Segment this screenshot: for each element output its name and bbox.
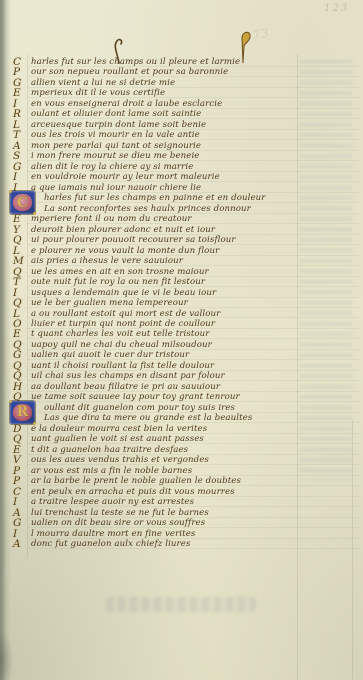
- verse-text: ous les aues vendus trahis et vergondes: [31, 455, 209, 465]
- verse-text: our son nepueu roullant et pour sa baron…: [31, 67, 228, 77]
- verse-line: Iusques a lendemain que ie vi le beau io…: [31, 288, 331, 298]
- verse-text: arceuesque turpin dont lame soit benie: [31, 120, 206, 130]
- verse-text: l mourra daultre mort en fine verites: [31, 529, 195, 539]
- verse-line: Galien dit le roy la chiere ay si marrie: [31, 162, 331, 172]
- verse-line: Par la barbe le prent le noble gualien l…: [31, 476, 331, 486]
- verse-text: lui trenchast la teste se ne fut le barn…: [31, 508, 209, 518]
- verse-text: ue les ames en ait en son trosne maiour: [31, 267, 209, 277]
- verse-line: Mais pries a ihesus le vere sauuiour: [31, 256, 331, 266]
- verse-line: Vous les aues vendus trahis et vergondes: [31, 455, 331, 465]
- verse-text: Las que dira ta mere ou grande est la be…: [31, 413, 252, 423]
- verse-text: mon pere parlai qui tant ot seignourie: [31, 141, 201, 151]
- manuscript-page: 123 373 Charles fut sur les champs ou il…: [0, 0, 363, 680]
- gold-speck: [9, 400, 12, 403]
- verso-show-through-bottom: [106, 597, 256, 612]
- verse-text: uapoy quil ne chai du cheual milsoudour: [31, 340, 212, 350]
- verse-line: Que le ber gualien mena lempereour: [31, 298, 331, 308]
- verse-text: alien dit le roy la chiere ay si marrie: [31, 162, 193, 172]
- verse-line: Emperieux dit il ie vous certifie: [31, 88, 331, 98]
- verse-line: Las que dira ta mere ou grande est la be…: [31, 413, 331, 423]
- verse-text: ar vous est mis a fin le noble barnes: [31, 466, 192, 476]
- verse-text: ualien on dit beau sire or vous souffres: [31, 518, 205, 528]
- verse-text: usques a lendemain que ie vi le beau iou…: [31, 288, 216, 298]
- verse-text: ous les trois vi mourir en la vale antie: [31, 130, 200, 140]
- verse-line: Ia que iamais nul iour nauoir chiere lie: [31, 183, 331, 193]
- verse-line: Haa doullant beau fillatre ie pri au sau…: [31, 382, 331, 392]
- verse-text: ais pries a ihesus le vere sauuiour: [31, 256, 183, 266]
- verse-text: oute nuit fut le roy la ou nen fit lesto…: [31, 277, 205, 287]
- verse-text: e plourer ne vous vault la monte dun flo…: [31, 246, 219, 256]
- verse-text: oullant dit guanelon com pour toy suis i…: [31, 403, 235, 413]
- verse-text: a traitre lespee auoir ny est arrestes: [31, 497, 194, 507]
- verse-line: Et dit a guanelon haa traitre desfaes: [31, 445, 331, 455]
- verse-line: Tous les trois vi mourir en la vale anti…: [31, 130, 331, 140]
- verse-line: Ien vous enseignerai droit a laube escla…: [31, 99, 331, 109]
- verse-text: t dit a guanelon haa traitre desfaes: [31, 445, 188, 455]
- verse-line: Il mourra daultre mort en fine verites: [31, 529, 331, 539]
- margin-capital: Q: [13, 298, 28, 308]
- verse-line: Qui pour plourer pouuoit recouurer sa to…: [31, 235, 331, 245]
- verse-line: La ou roullant estoit qui mort est de va…: [31, 309, 331, 319]
- verse-line: Ien vouldroie mourir ay leur mort maleur…: [31, 172, 331, 182]
- verse-line: La sont reconfortes ses haulx princes do…: [31, 204, 331, 214]
- verse-text: donc fut guanelon aulx chiefz liures: [31, 539, 190, 549]
- verse-line: Oliuier et turpin qui nont point de coul…: [31, 319, 331, 329]
- initial-letter: R: [10, 401, 35, 424]
- verse-line: Quil chai sus les champs en disant par f…: [31, 371, 331, 381]
- gold-speck: [33, 422, 36, 425]
- initial-letter: C: [10, 191, 35, 214]
- verse-line: Toute nuit fut le roy la ou nen fit lest…: [31, 277, 331, 287]
- illuminated-initial-c: C: [10, 191, 35, 214]
- verse-line: Et quant charles les voit eut telle tris…: [31, 329, 331, 339]
- verse-text: ue le ber gualien mena lempereour: [31, 298, 188, 308]
- verse-text: i mon frere mourut se dieu me beneie: [31, 151, 200, 161]
- verse-text: a que iamais nul iour nauoir chiere lie: [31, 183, 201, 193]
- verse-text: harles fut sur les champs ou il pleure e…: [31, 57, 240, 67]
- verse-line: Cent peulx en arracha et puis dit vous m…: [31, 487, 331, 497]
- verse-text: oulant et oliuier dont lame soit saintie: [31, 109, 201, 119]
- verse-line: oullant dit guanelon com pour toy suis i…: [31, 403, 331, 413]
- verse-text: liuier et turpin qui nont point de coull…: [31, 319, 215, 329]
- verse-text: deuroit bien plourer adonc et nuit et io…: [31, 225, 215, 235]
- verse-text: uil chai sus les champs en disant par fo…: [31, 371, 225, 381]
- verse-line: Que tame soit sauuee iay pour toy grant …: [31, 392, 331, 402]
- verse-line: Quapoy quil ne chai du cheual milsoudour: [31, 340, 331, 350]
- binding-gutter-shadow: [0, 0, 11, 680]
- verse-line: Que les ames en ait en son trosne maiour: [31, 267, 331, 277]
- verse-line: Larceuesque turpin dont lame soit benie: [31, 120, 331, 130]
- verse-line: Roulant et oliuier dont lame soit sainti…: [31, 109, 331, 119]
- illuminated-initial-r: R: [10, 401, 35, 424]
- verse-line: Gallien vient a lui ne si detrie mie: [31, 78, 331, 88]
- verse-text: ent peulx en arracha et puis dit vous mo…: [31, 487, 235, 497]
- verse-text: e la douleur mourra cest bien la verites: [31, 424, 207, 434]
- verse-line: De la douleur mourra cest bien la verite…: [31, 424, 331, 434]
- margin-capital: T: [13, 277, 28, 287]
- verse-line: Si mon frere mourut se dieu me beneie: [31, 151, 331, 161]
- verse-text: uant il choisi roullant la fist telle do…: [31, 361, 214, 371]
- verse-line: Quant il choisi roullant la fist telle d…: [31, 361, 331, 371]
- verse-text: mperieux dit il ie vous certifie: [31, 88, 165, 98]
- verse-text: ue tame soit sauuee iay pour toy grant t…: [31, 392, 240, 402]
- verse-line: Ydeuroit bien plourer adonc et nuit et i…: [31, 225, 331, 235]
- verse-line: Le plourer ne vous vault la monte dun fl…: [31, 246, 331, 256]
- margin-capital: A: [13, 539, 28, 549]
- verse-text: ar la barbe le prent le noble gualien le…: [31, 476, 241, 486]
- verse-line: Amon pere parlai qui tant ot seignourie: [31, 141, 331, 151]
- gutter-smudge: [0, 630, 14, 680]
- verse-line: Gualien on dit beau sire or vous souffre…: [31, 518, 331, 528]
- verse-text: mperiere font il ou nom du creatour: [31, 214, 192, 224]
- verse-line: Emperiere font il ou nom du creatour: [31, 214, 331, 224]
- verse-line: Quant gualien le voit si est auant passe…: [31, 434, 331, 444]
- verse-line: Pour son nepueu roullant et pour sa baro…: [31, 67, 331, 77]
- verse-text: La sont reconfortes ses haulx princes do…: [31, 204, 251, 214]
- verse-line: Alui trenchast la teste se ne fut le bar…: [31, 508, 331, 518]
- verse-text: en vous enseignerai droit a laube esclar…: [31, 99, 222, 109]
- verse-text: en vouldroie mourir ay leur mort maleuri…: [31, 172, 220, 182]
- verse-line: Adonc fut guanelon aulx chiefz liures: [31, 539, 331, 549]
- verse-line: Gualien qui auoit le cuer dur tristour: [31, 350, 331, 360]
- verse-text: a ou roullant estoit qui mort est de val…: [31, 309, 220, 319]
- verse-text: allien vient a lui ne si detrie mie: [31, 78, 175, 88]
- verse-text: aa doullant beau fillatre ie pri au sauu…: [31, 382, 220, 392]
- verse-text: ualien qui auoit le cuer dur tristour: [31, 350, 189, 360]
- verse-line: Ia traitre lespee auoir ny est arrestes: [31, 497, 331, 507]
- ruling-line-edge: [352, 420, 353, 680]
- verse-text: t quant charles les voit eut telle trist…: [31, 329, 210, 339]
- verse-line: harles fut sur les champs en painne et e…: [31, 193, 331, 203]
- verse-line: Par vous est mis a fin le noble barnes: [31, 466, 331, 476]
- verse-text: uant gualien le voit si est auant passes: [31, 434, 204, 444]
- verse-line: Charles fut sur les champs ou il pleure …: [31, 57, 331, 67]
- text-block: Charles fut sur les champs ou il pleure …: [31, 57, 311, 557]
- verse-text: harles fut sur les champs en painne et e…: [31, 193, 266, 203]
- verse-text: ui pour plourer pouuoit recouurer sa toi…: [31, 235, 236, 245]
